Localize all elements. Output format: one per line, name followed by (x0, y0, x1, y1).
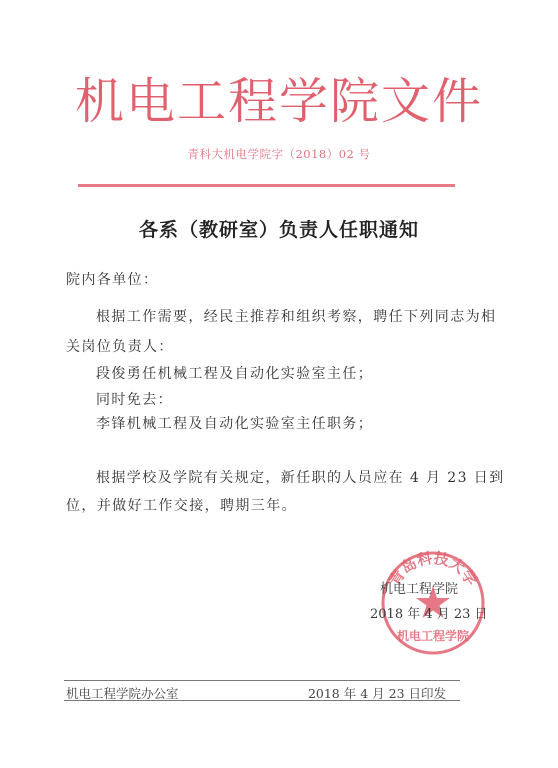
signature-organization: 机电工程学院 (380, 578, 458, 597)
paragraph-1-line-2: 关岗位负责人： (66, 337, 486, 357)
footer-bottom-rule (64, 700, 460, 701)
paragraph-2-line-1: 根据学校及学院有关规定，新任职的人员应在 4 月 23 日到 (66, 468, 516, 488)
svg-text:机电工程学院: 机电工程学院 (397, 628, 470, 643)
salutation: 院内各单位： (66, 270, 486, 290)
masthead-title: 机电工程学院文件 (0, 74, 558, 130)
notice-title: 各系（教研室）负责人任职通知 (0, 215, 558, 242)
signature-date: 2018 年 4 月 23 日 (370, 603, 488, 622)
document-number: 青科大机电学院字（2018）02 号 (0, 146, 558, 162)
dismissal-line: 李锋机械工程及自动化实验室主任职务； (66, 414, 516, 434)
dismiss-label: 同时免去： (66, 390, 516, 410)
paragraph-2-line-2: 位，并做好工作交接，聘期三年。 (66, 496, 486, 516)
paragraph-1-line-1: 根据工作需要，经民主推荐和组织考察，聘任下列同志为相 (66, 307, 516, 327)
footer-top-rule (64, 680, 460, 681)
red-divider-line (78, 184, 455, 187)
appointment-line: 段俊勇任机械工程及自动化实验室主任； (66, 364, 516, 384)
